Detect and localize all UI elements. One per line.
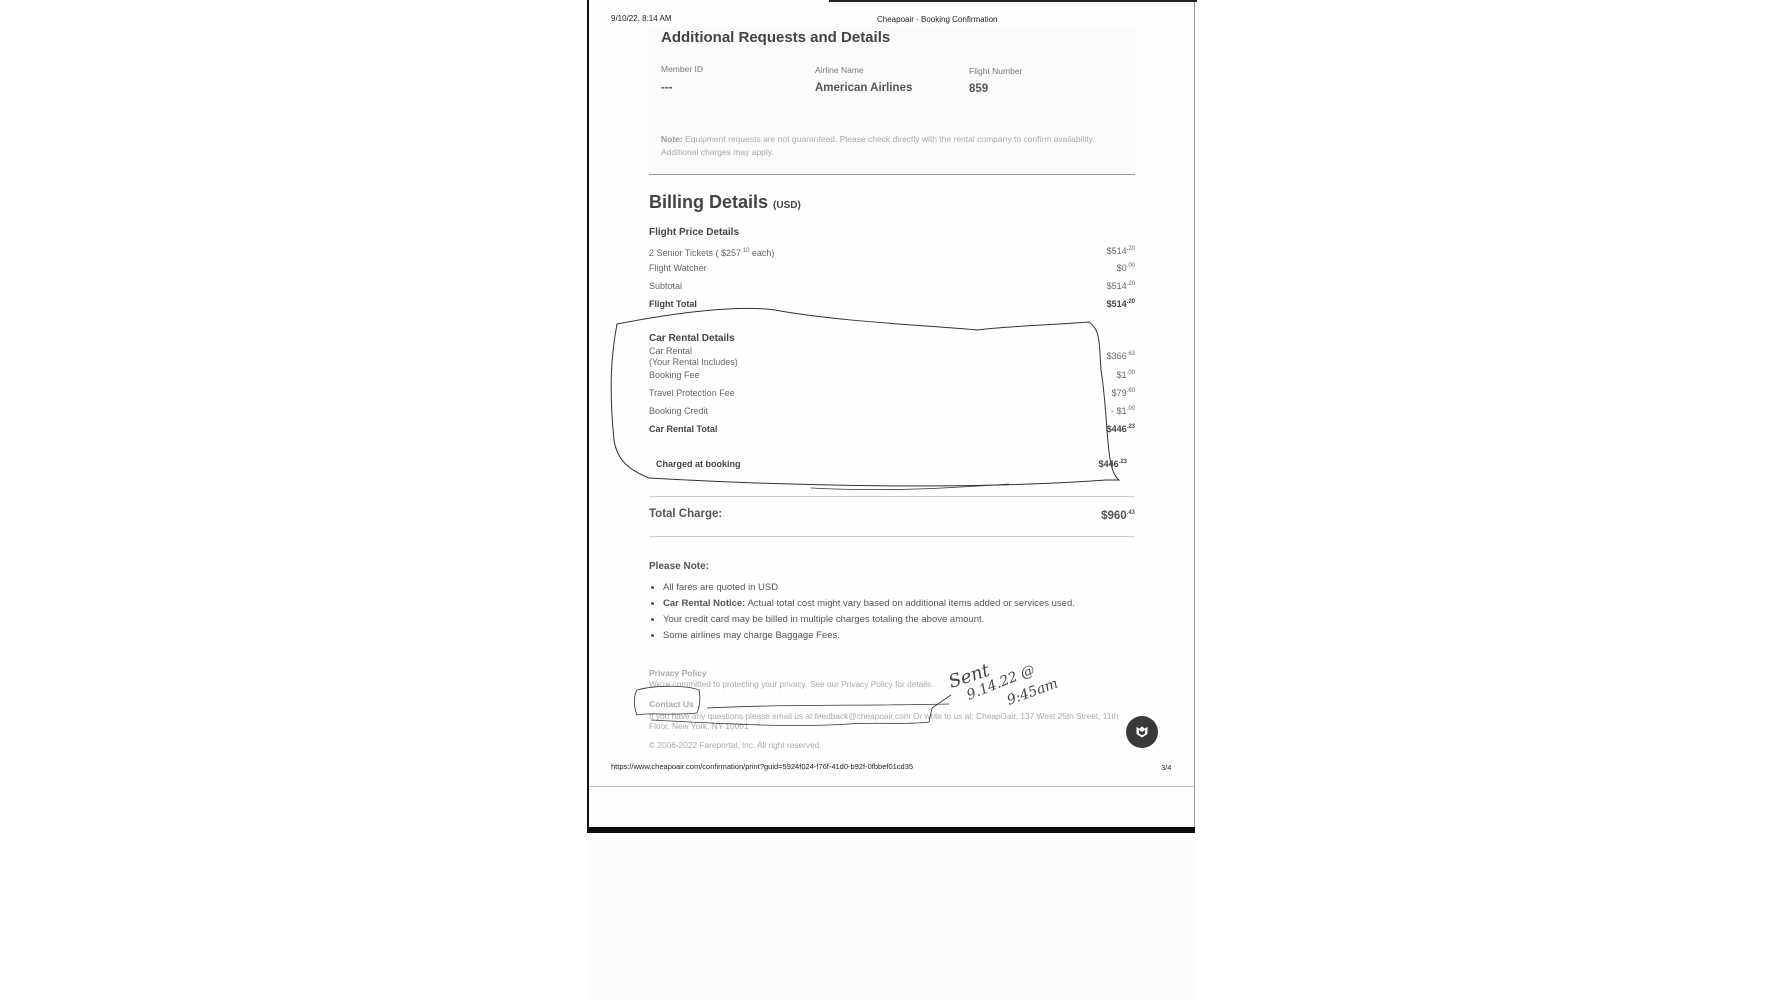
please-note-title: Please Note: [649,561,709,572]
note-item: Your credit card may be billed in multip… [663,612,1153,628]
shield-badge-button[interactable] [1126,716,1158,748]
equipment-note: Note: Equipment requests are not guarant… [661,133,1131,159]
member-id-label: Member ID [661,64,703,74]
flight-number-label: Flight Number [969,66,1022,76]
flight-price-title: Flight Price Details [649,227,739,238]
print-url: https://www.cheapoair.com/confirmation/p… [611,762,913,771]
scan-edge [829,0,1197,2]
note-item: All fares are quoted in USD [663,580,1153,596]
divider [649,496,1135,497]
print-title: Cheapoair - Booking Confirmation [877,15,998,24]
airline-name-value: American Airlines [815,82,912,94]
additional-requests-card: Additional Requests and Details Member I… [649,26,1135,175]
airline-name-label: Airline Name [815,65,864,75]
privacy-policy-heading[interactable]: Privacy Policy [649,668,707,678]
note-item: Some airlines may charge Baggage Fees. [663,628,1153,644]
please-note-list: All fares are quoted in USDCar Rental No… [649,580,1153,644]
member-id-value: --- [661,82,673,94]
privacy-policy-text: We're committed to protecting your priva… [649,679,1129,689]
print-datetime: 9/10/22, 8:14 AM [611,14,672,23]
contact-us-heading[interactable]: Contact Us [649,699,694,709]
contact-us-text: If you have any questions please email u… [649,711,1129,731]
flight-number-value: 859 [969,83,988,95]
page-number: 3/4 [1161,763,1171,772]
scan-edge [589,786,1194,787]
divider [649,536,1135,537]
section-heading: Additional Requests and Details [661,29,890,46]
shield-badge-icon [1135,725,1149,739]
scanner-background [588,836,1196,1000]
car-rental-title: Car Rental Details [649,333,735,344]
scan-edge [587,827,1195,833]
scanned-page: 9/10/22, 8:14 AM Cheapoair - Booking Con… [587,0,1195,832]
note-item: Car Rental Notice: Actual total cost mig… [663,596,1153,612]
copyright: © 2006-2022 Fareportal, Inc. All right r… [649,740,1129,750]
billing-title: Billing Details (USD) [649,192,801,213]
